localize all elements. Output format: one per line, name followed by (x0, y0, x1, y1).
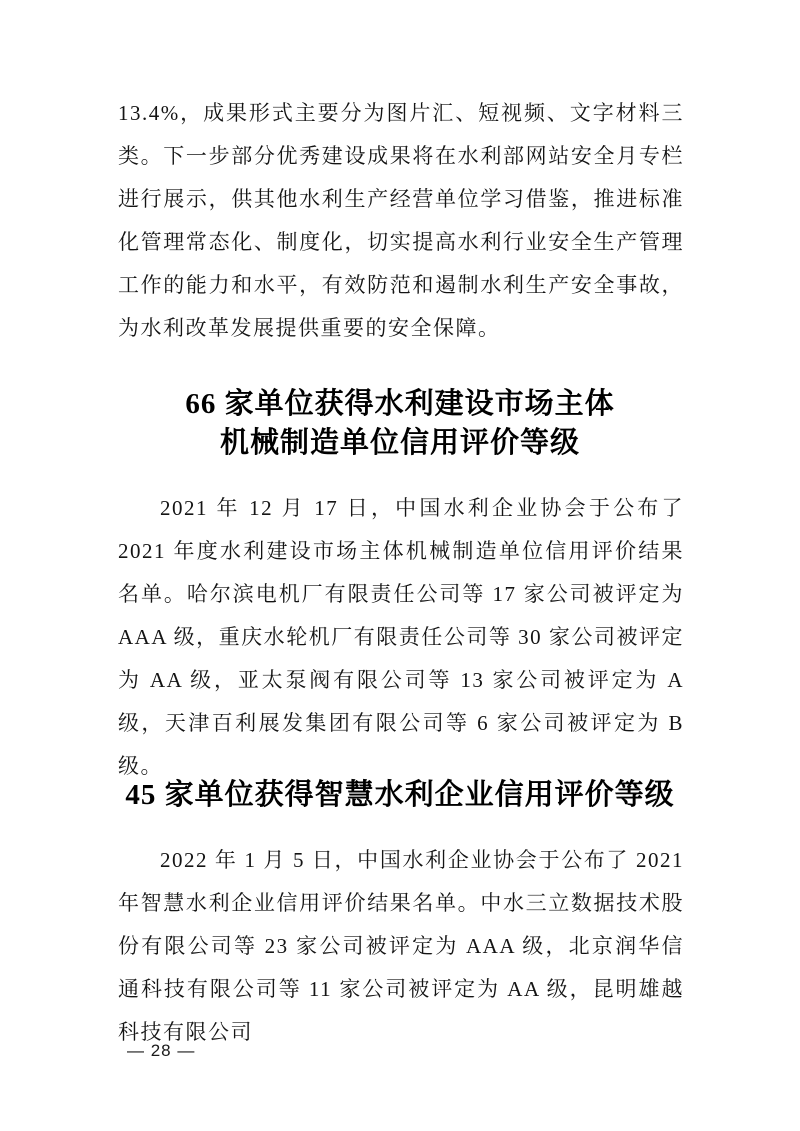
paragraph-continuation: 13.4%，成果形式主要分为图片汇、短视频、文字材料三类。下一步部分优秀建设成果… (118, 92, 684, 350)
document-page: 13.4%，成果形式主要分为图片汇、短视频、文字材料三类。下一步部分优秀建设成果… (0, 0, 800, 1131)
heading-66-units: 66 家单位获得水利建设市场主体 机械制造单位信用评价等级 (60, 385, 740, 463)
heading-45-units: 45 家单位获得智慧水利企业信用评价等级 (60, 776, 740, 815)
paragraph-66-units: 2021 年 12 月 17 日，中国水利企业协会于公布了 2021 年度水利建… (118, 487, 684, 788)
heading-66-units-line2: 机械制造单位信用评价等级 (60, 424, 740, 463)
page-number: — 28 — (127, 1041, 195, 1061)
heading-66-units-line1: 66 家单位获得水利建设市场主体 (60, 385, 740, 424)
paragraph-45-units: 2022 年 1 月 5 日，中国水利企业协会于公布了 2021 年智慧水利企业… (118, 839, 684, 1054)
